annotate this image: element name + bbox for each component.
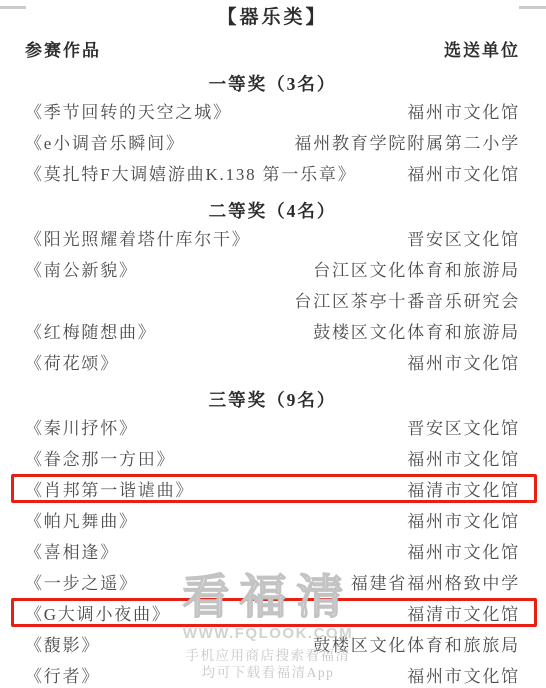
work-title: 《荷花颂》 bbox=[25, 348, 119, 379]
unit-name: 鼓楼区文化体育和旅旅局 bbox=[313, 630, 520, 661]
work-title: 《馥影》 bbox=[25, 630, 100, 661]
unit-name: 福州市文化馆 bbox=[407, 661, 520, 688]
table-row: 《行者》 福州市文化馆 bbox=[25, 661, 520, 688]
work-title: 《莫扎特F大调嬉游曲K.138 第一乐章》 bbox=[25, 159, 357, 190]
unit-name: 福州市文化馆 bbox=[407, 537, 520, 568]
unit-name: 福州教育学院附属第二小学 bbox=[294, 128, 520, 159]
section-rows-second-prize: 《阳光照耀着塔什库尔干》 晋安区文化馆 《南公新貌》 台江区文化体育和旅游局 台… bbox=[25, 224, 520, 379]
work-title: 《行者》 bbox=[25, 661, 100, 688]
table-row-continuation: 台江区茶亭十番音乐研究会 bbox=[25, 286, 520, 317]
column-headers: 参赛作品 选送单位 bbox=[25, 39, 520, 63]
unit-name: 台江区茶亭十番音乐研究会 bbox=[294, 286, 520, 317]
table-row: 《红梅随想曲》 鼓楼区文化体育和旅游局 bbox=[25, 317, 520, 348]
column-header-units: 选送单位 bbox=[444, 39, 520, 63]
work-title: 《G大调小夜曲》 bbox=[25, 599, 171, 630]
unit-name: 福建省福州格致中学 bbox=[351, 568, 520, 599]
work-title: 《阳光照耀着塔什库尔干》 bbox=[25, 224, 251, 255]
unit-name: 福清市文化馆 bbox=[407, 599, 520, 630]
table-row: 《莫扎特F大调嬉游曲K.138 第一乐章》 福州市文化馆 bbox=[25, 159, 520, 190]
work-title: 《红梅随想曲》 bbox=[25, 317, 157, 348]
work-title: 《南公新貌》 bbox=[25, 255, 138, 286]
unit-name: 福清市文化馆 bbox=[407, 475, 520, 506]
unit-name: 晋安区文化馆 bbox=[407, 224, 520, 255]
unit-name: 福州市文化馆 bbox=[407, 506, 520, 537]
unit-name: 福州市文化馆 bbox=[407, 159, 520, 190]
award-document: 【器乐类】 参赛作品 选送单位 一等奖（3名） 《季节回转的天空之城》 福州市文… bbox=[0, 6, 546, 688]
table-row: 《秦川抒怀》 晋安区文化馆 bbox=[25, 413, 520, 444]
table-row: 《馥影》 鼓楼区文化体育和旅旅局 bbox=[25, 630, 520, 661]
scan-artifact-top-right bbox=[519, 6, 546, 9]
table-row: 《眷念那一方田》 福州市文化馆 bbox=[25, 444, 520, 475]
work-title: 《肖邦第一谐谑曲》 bbox=[25, 475, 194, 506]
section-heading-second-prize: 二等奖（4名） bbox=[25, 198, 520, 224]
unit-name: 台江区文化体育和旅游局 bbox=[313, 255, 520, 286]
section-heading-third-prize: 三等奖（9名） bbox=[25, 387, 520, 413]
table-row: 《喜相逢》 福州市文化馆 bbox=[25, 537, 520, 568]
table-row: 《季节回转的天空之城》 福州市文化馆 bbox=[25, 97, 520, 128]
table-row: 《南公新貌》 台江区文化体育和旅游局 bbox=[25, 255, 520, 286]
table-row: 《一步之遥》 福建省福州格致中学 bbox=[25, 568, 520, 599]
work-title: 《帕凡舞曲》 bbox=[25, 506, 138, 537]
table-row-highlighted: 《G大调小夜曲》 福清市文化馆 bbox=[25, 599, 520, 630]
table-row: 《荷花颂》 福州市文化馆 bbox=[25, 348, 520, 379]
unit-name: 福州市文化馆 bbox=[407, 348, 520, 379]
section-heading-first-prize: 一等奖（3名） bbox=[25, 71, 520, 97]
work-title: 《眷念那一方田》 bbox=[25, 444, 175, 475]
scan-artifact-top-left bbox=[0, 6, 26, 9]
section-rows-third-prize: 《秦川抒怀》 晋安区文化馆 《眷念那一方田》 福州市文化馆 《肖邦第一谐谑曲》 … bbox=[25, 413, 520, 688]
table-row-highlighted: 《肖邦第一谐谑曲》 福清市文化馆 bbox=[25, 475, 520, 506]
page-title: 【器乐类】 bbox=[25, 6, 520, 30]
work-title: 《e小调音乐瞬间》 bbox=[25, 128, 185, 159]
column-header-works: 参赛作品 bbox=[25, 39, 101, 63]
work-title: 《喜相逢》 bbox=[25, 537, 119, 568]
unit-name: 福州市文化馆 bbox=[407, 444, 520, 475]
table-row: 《e小调音乐瞬间》 福州教育学院附属第二小学 bbox=[25, 128, 520, 159]
unit-name: 晋安区文化馆 bbox=[407, 413, 520, 444]
section-rows-first-prize: 《季节回转的天空之城》 福州市文化馆 《e小调音乐瞬间》 福州教育学院附属第二小… bbox=[25, 97, 520, 190]
work-title: 《秦川抒怀》 bbox=[25, 413, 138, 444]
work-title: 《季节回转的天空之城》 bbox=[25, 97, 232, 128]
work-title: 《一步之遥》 bbox=[25, 568, 138, 599]
table-row: 《阳光照耀着塔什库尔干》 晋安区文化馆 bbox=[25, 224, 520, 255]
unit-name: 鼓楼区文化体育和旅游局 bbox=[313, 317, 520, 348]
unit-name: 福州市文化馆 bbox=[407, 97, 520, 128]
table-row: 《帕凡舞曲》 福州市文化馆 bbox=[25, 506, 520, 537]
